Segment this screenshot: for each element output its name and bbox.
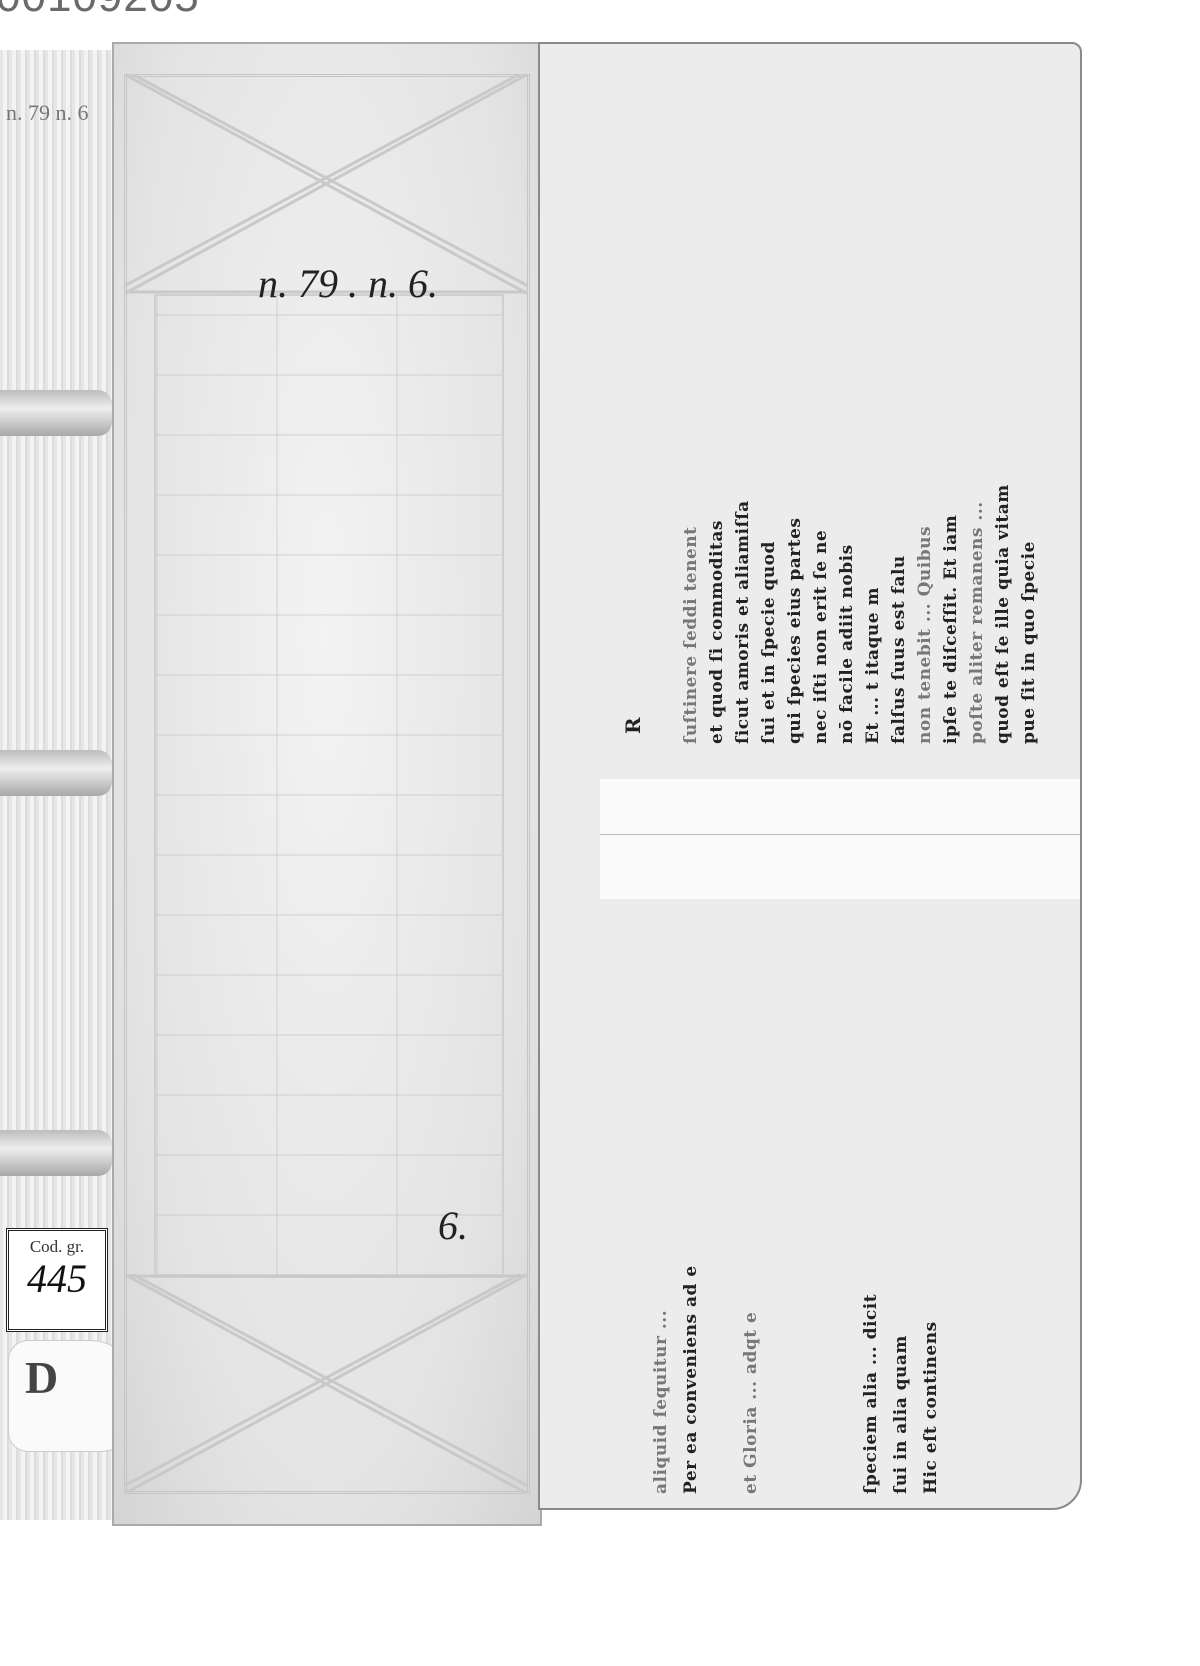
handwritten-folio-number: 6. (438, 1202, 468, 1249)
text-line: aliquid ſequitur ... (650, 914, 672, 1494)
text-line: et quod ſi commoditas (706, 54, 728, 744)
spine-raised-band (0, 390, 112, 436)
printed-waste-fragment: pue ſit in quo ſpecie quod eſt ſe ille q… (538, 42, 1082, 1510)
spine-raised-band (0, 750, 112, 796)
text-line: ſuſtinere ſeddi tenent (680, 54, 702, 744)
text-line: ſui et in ſpecie quod (758, 54, 780, 744)
marginal-mark: R (622, 694, 644, 734)
shelf-label-number: 445 (9, 1257, 105, 1301)
spine-shelf-number: n. 79 n. 6 (6, 100, 89, 126)
book-binding: n. 79 n. 6 Cod. gr. 445 D (0, 42, 1150, 1522)
text-line: quod eſt ſe ille quia vitam (992, 54, 1014, 744)
text-line: falſus ſuus est falu (888, 54, 910, 744)
image-id-label: 00109205 (0, 0, 200, 22)
ruled-line (600, 834, 1080, 835)
book-spine: n. 79 n. 6 Cod. gr. 445 D (0, 50, 115, 1520)
text-line: Hic eſt continens (920, 914, 942, 1494)
text-line: Et ... t itaque m (862, 54, 884, 744)
text-line: ipſe te diſceſſit. Et iam (940, 54, 962, 744)
blank-margin (600, 779, 1080, 899)
roll-tooled-panel (154, 294, 504, 1278)
text-line: ſpeciem alia ... dicit (860, 914, 882, 1494)
text-line: et Gloria ... adqt e (740, 914, 762, 1494)
shelf-label: Cod. gr. 445 (6, 1228, 108, 1332)
text-line: pue ſit in quo ſpecie (1018, 54, 1040, 744)
spine-raised-band (0, 1130, 112, 1176)
text-line: poſte aliter remanens ... (966, 54, 988, 744)
text-line: Per ea conveniens ad e (680, 914, 702, 1494)
text-line: qui ſpecies eius partes (784, 54, 806, 744)
text-line: ſui in alia quam (890, 914, 912, 1494)
text-line: non tenebit ... Quibus (914, 54, 936, 744)
saltire-panel-bottom (124, 1274, 528, 1494)
text-line: nec iſti non erit ſe ne (810, 54, 832, 744)
shelf-label-title: Cod. gr. (9, 1237, 105, 1257)
text-line: ſicut amoris et aliamiſſa (732, 54, 754, 744)
handwritten-shelfmark: n. 79 . n. 6. (258, 260, 438, 307)
text-line: nō facile adiit nobis (836, 54, 858, 744)
